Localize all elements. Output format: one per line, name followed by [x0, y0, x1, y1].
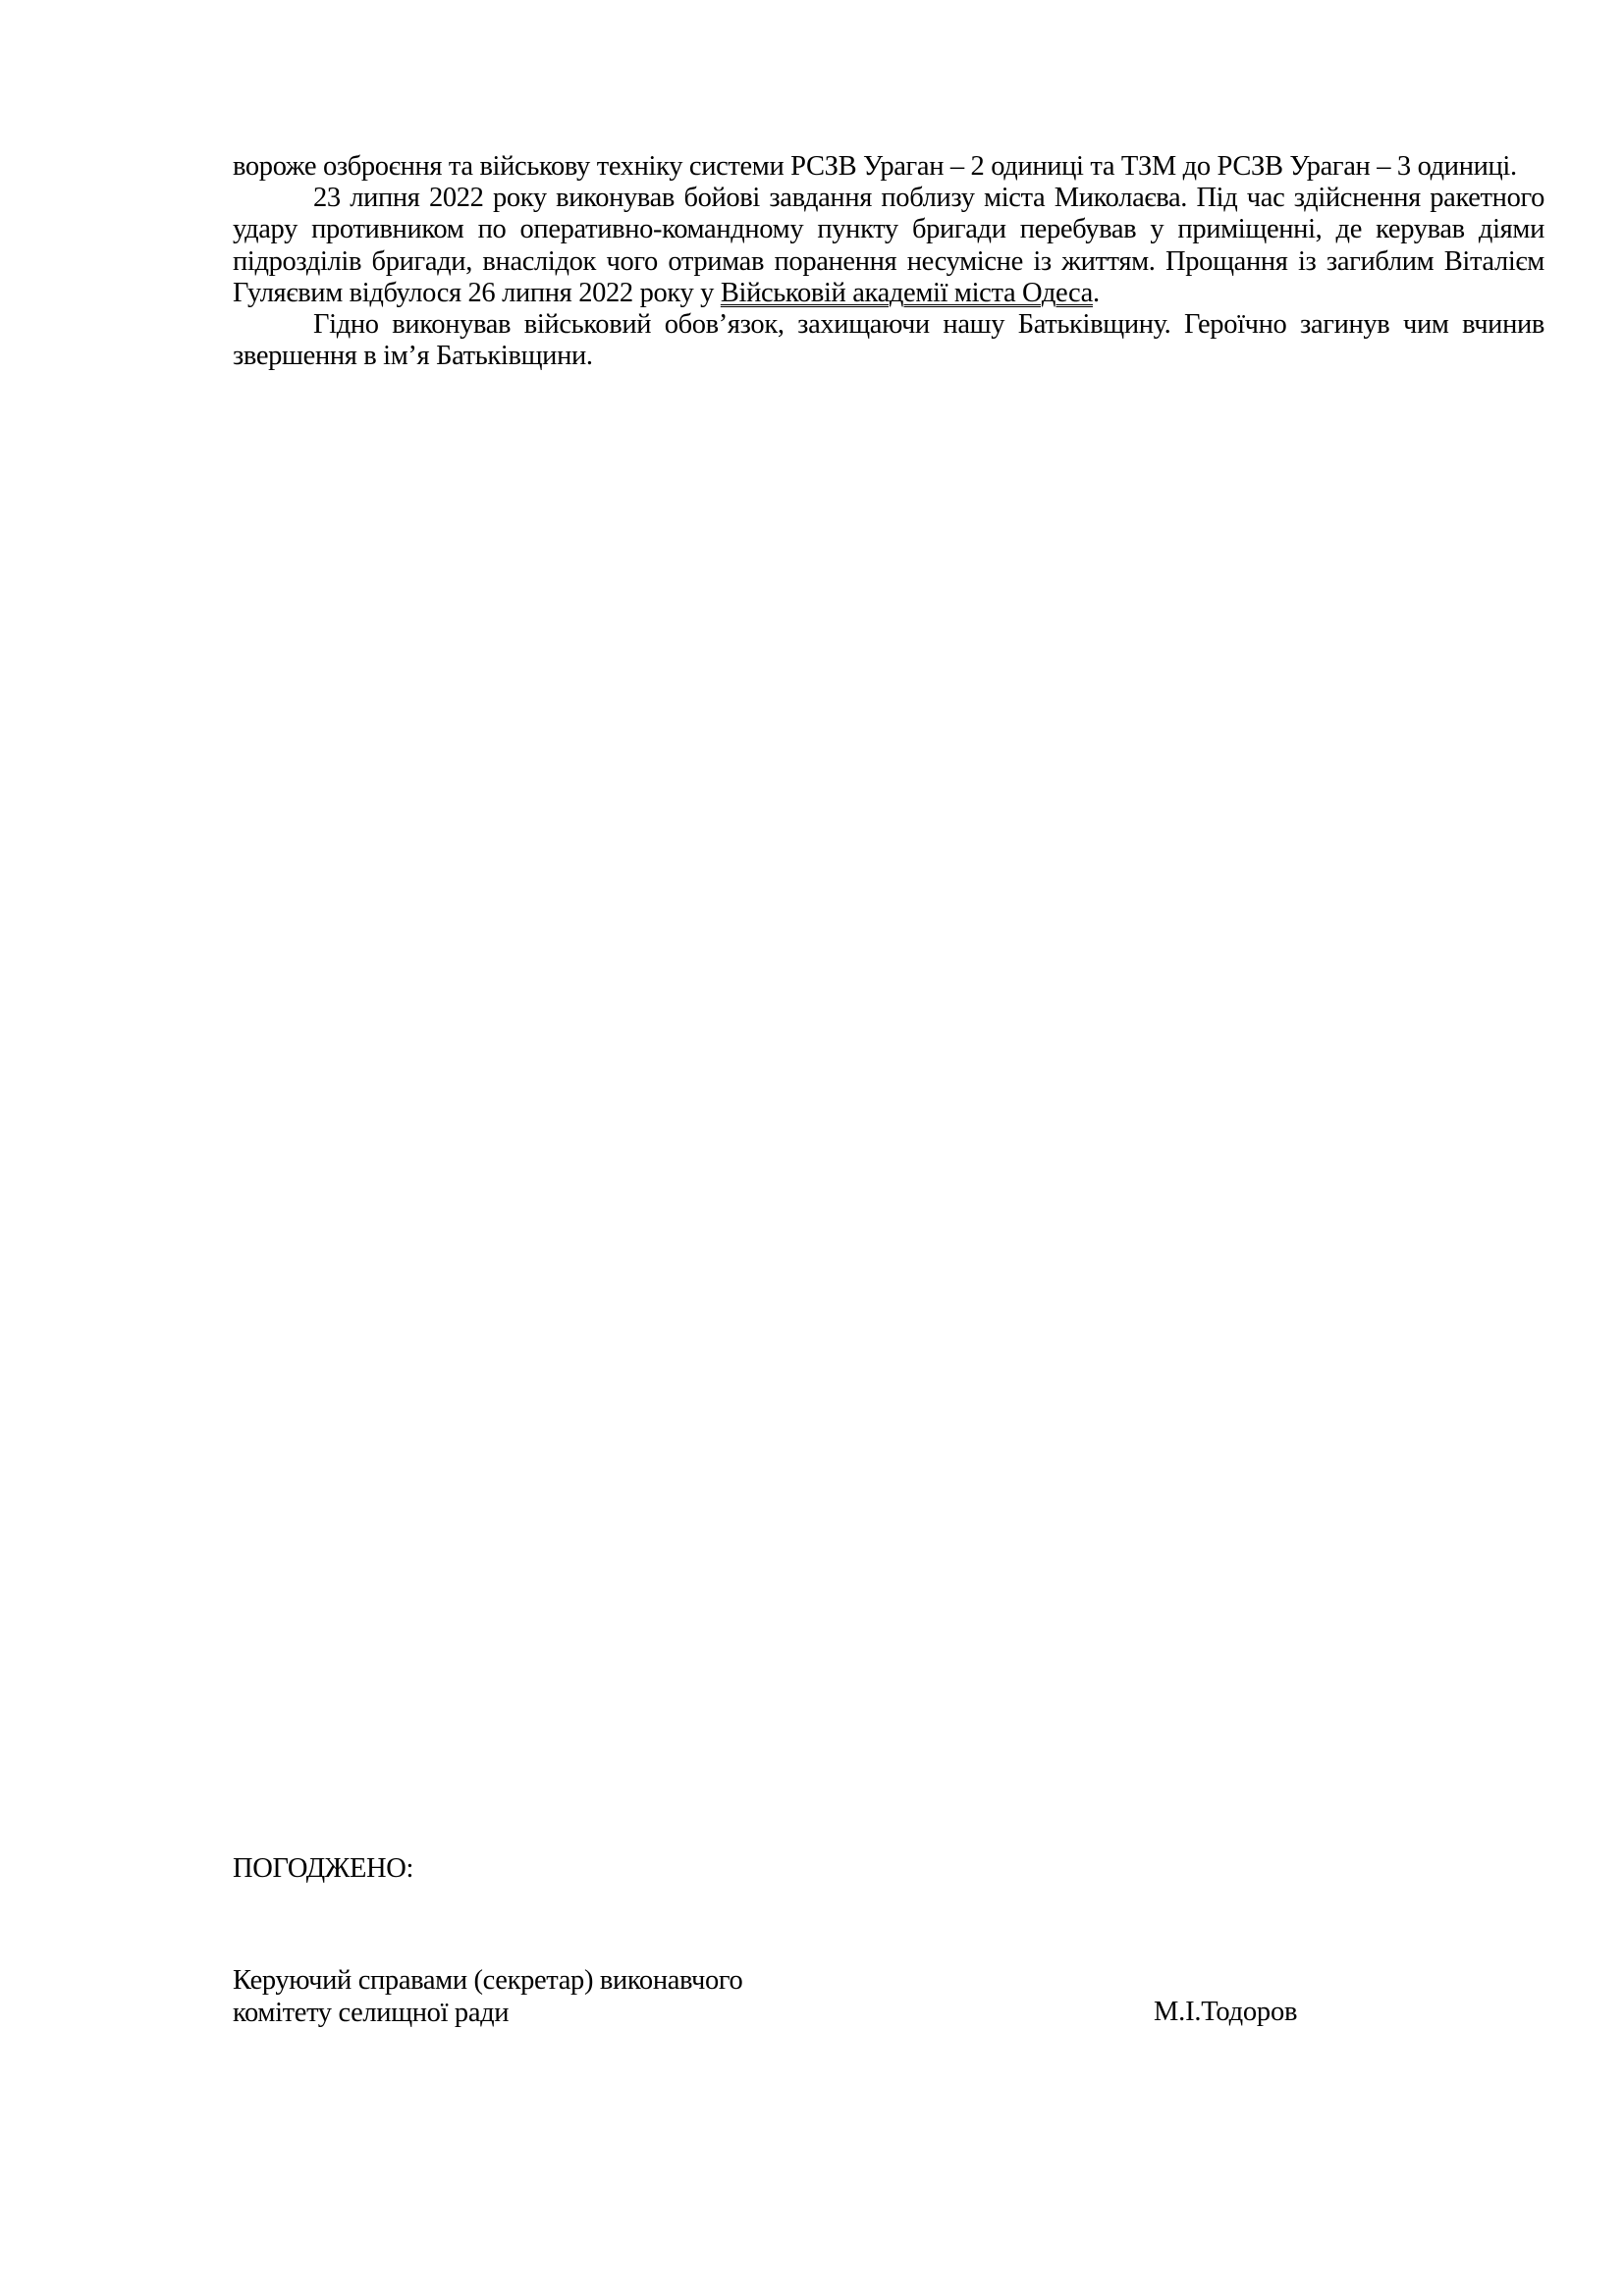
signatory-position-line-1: Керуючий справами (секретар) виконавчого [233, 1965, 742, 1998]
signatory-position: Керуючий справами (секретар) виконавчого… [233, 1965, 742, 2029]
signatory-position-line-2: комітету селищної ради [233, 1998, 742, 2030]
paragraph-continuation: вороже озброєння та військову техніку си… [233, 151, 1544, 183]
document-page: вороже озброєння та військову техніку си… [0, 0, 1624, 2296]
academy-link[interactable]: Військовій академії міста Одеса [721, 278, 1093, 308]
signatory-name: М.І.Тодоров [1154, 1997, 1297, 2029]
paragraph-death-details: 23 липня 2022 року виконував бойові завд… [233, 183, 1544, 309]
document-body: вороже озброєння та військову техніку си… [233, 151, 1544, 372]
approval-label: ПОГОДЖЕНО: [233, 1853, 413, 1885]
paragraph-text-end: . [1093, 278, 1100, 308]
paragraph-tribute: Гідно виконував військовий обов’язок, за… [233, 309, 1544, 372]
